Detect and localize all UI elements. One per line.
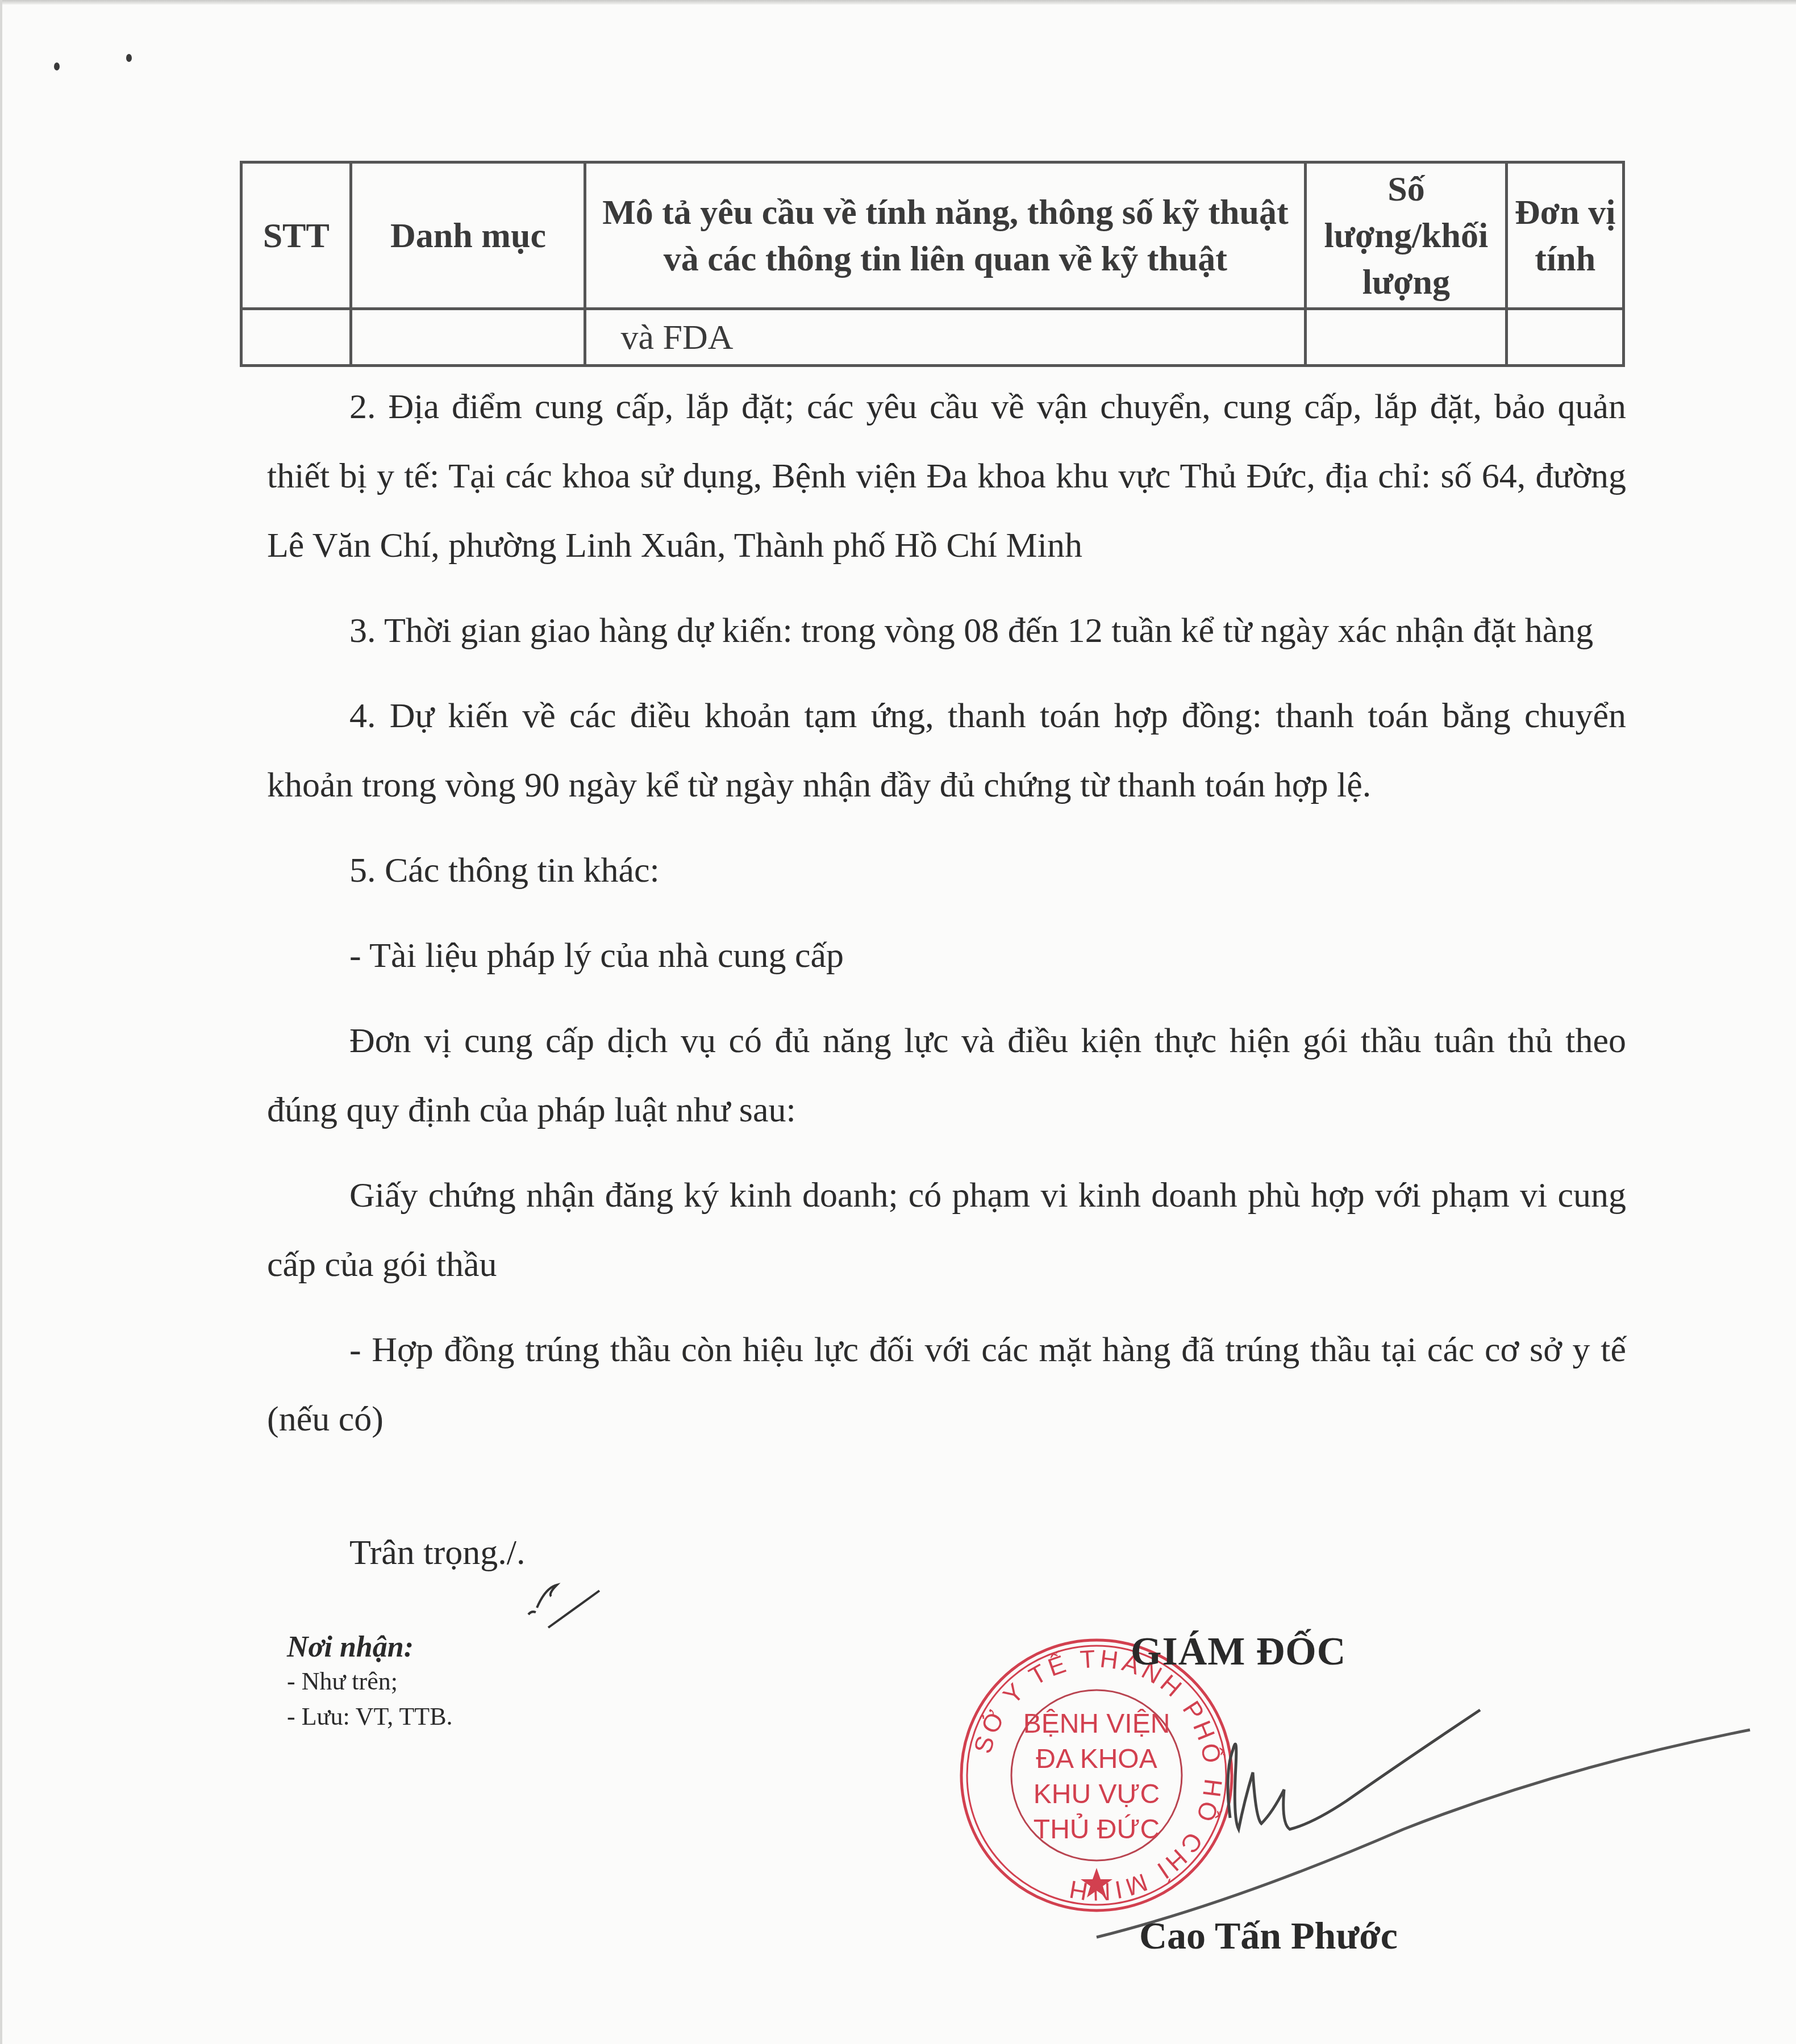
signature-block: GIÁM ĐỐC [1131,1629,1346,1675]
paragraph-other-info: 5. Các thông tin khác: [267,836,1626,905]
recipients-title: Nơi nhận: [287,1630,453,1664]
paragraph-business-license: Giấy chứng nhận đăng ký kinh doanh; có p… [267,1161,1626,1299]
recipient-item: - Như trên; [287,1664,453,1699]
cell-description: và FDA [585,309,1306,366]
paragraph-legal-docs: - Tài liệu pháp lý của nhà cung cấp [267,921,1626,990]
paragraph-delivery-location: 2. Địa điểm cung cấp, lắp đặt; các yêu c… [267,372,1626,580]
cell-quantity [1306,309,1507,366]
recipients-block: Nơi nhận: - Như trên; - Lưu: VT, TTB. [287,1630,453,1734]
cell-stt [241,309,351,366]
table-row: và FDA [241,309,1624,366]
handwritten-signature-icon [994,1687,1761,1943]
recipient-item: - Lưu: VT, TTB. [287,1699,453,1734]
document-body: 2. Địa điểm cung cấp, lắp đặt; các yêu c… [267,372,1626,1454]
initial-mark-icon [526,1568,605,1630]
header-stt: STT [241,162,351,309]
scan-speck [126,54,132,62]
table-header-row: STT Danh mục Mô tả yêu cầu về tính năng,… [241,162,1624,309]
paragraph-payment-terms: 4. Dự kiến về các điều khoản tạm ứng, th… [267,681,1626,820]
closing-text: Trân trọng./. [349,1533,525,1573]
spec-table: STT Danh mục Mô tả yêu cầu về tính năng,… [240,161,1625,367]
header-quantity: Số lượng/khối lượng [1306,162,1507,309]
paragraph-supplier-capacity: Đơn vị cung cấp dịch vụ có đủ năng lực v… [267,1006,1626,1145]
paragraph-winning-contracts: - Hợp đồng trúng thầu còn hiệu lực đối v… [267,1315,1626,1454]
header-unit: Đơn vị tính [1507,162,1624,309]
scan-speck [54,62,60,70]
paragraph-delivery-time: 3. Thời gian giao hàng dự kiến: trong vò… [267,596,1626,665]
cell-unit [1507,309,1624,366]
page-top-edge [0,0,1796,5]
header-category: Danh mục [351,162,585,309]
header-description: Mô tả yêu cầu về tính năng, thông số kỹ … [585,162,1306,309]
signer-name: Cao Tấn Phước [1139,1913,1398,1958]
page-left-edge [0,0,2,2044]
signature-title: GIÁM ĐỐC [1131,1629,1346,1675]
cell-category [351,309,585,366]
